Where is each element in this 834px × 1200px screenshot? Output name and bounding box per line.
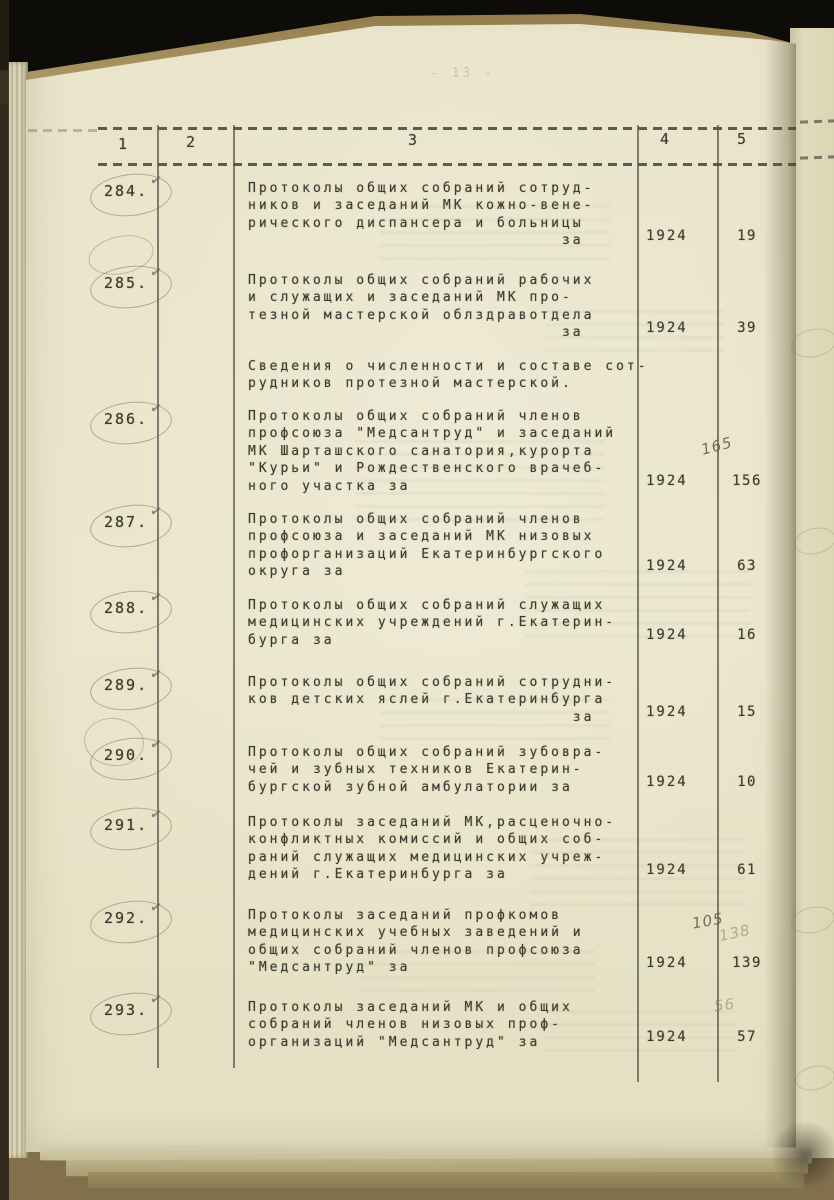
ink-bleedthrough xyxy=(525,560,750,640)
description-line: профсоюза и заседаний МК низовых xyxy=(248,528,605,545)
description-line: чей и зубных техников Екатерин- xyxy=(248,761,605,778)
row-year: 1924 xyxy=(646,473,688,489)
row-number: 285. ✓ xyxy=(104,274,148,292)
page-stack-left-edge xyxy=(8,62,28,1158)
row-year: 1924 xyxy=(646,228,688,244)
column-rule-2-3 xyxy=(233,125,235,1068)
row-year: 1924 xyxy=(646,774,688,790)
row-number: 292. ✓ xyxy=(104,909,148,927)
row-description: Протоколы общих собраний зубовра-чей и з… xyxy=(248,744,605,796)
description-line: Протоколы заседаний профкомов xyxy=(248,907,584,924)
column-header-3: 3 xyxy=(408,131,418,149)
ink-bleedthrough xyxy=(545,300,725,355)
scanned-document-photo: - 13 - 1 2 3 4 5 284. ✓ Протоколы общих … xyxy=(0,0,834,1200)
corner-shadow xyxy=(770,1120,834,1190)
column-header-1: 1 xyxy=(118,135,128,153)
row-number: 286. ✓ xyxy=(104,410,148,428)
column-header-2: 2 xyxy=(186,133,196,151)
ink-bleedthrough xyxy=(530,828,745,908)
page: - 13 - 1 2 3 4 5 284. ✓ Протоколы общих … xyxy=(26,0,796,1152)
pencil-annotation: 165 xyxy=(699,433,734,459)
row-number: 291. ✓ xyxy=(104,816,148,834)
description-line: рудников протезной мастерской. xyxy=(248,375,649,392)
description-line: Протоколы заседаний МК и общих xyxy=(248,999,573,1016)
row-number: 288. ✓ xyxy=(104,599,148,617)
column-header-4: 4 xyxy=(660,130,670,148)
ink-bleedthrough xyxy=(380,195,610,260)
row-number: 287. ✓ xyxy=(104,513,148,531)
row-number: 290. ✓ xyxy=(104,746,148,764)
ink-bleedthrough xyxy=(545,1000,735,1055)
description-line: Протоколы общих собраний рабочих xyxy=(248,272,594,289)
description-line: за xyxy=(248,324,594,341)
table-rule-top-faint xyxy=(28,129,100,132)
row-year: 1924 xyxy=(646,704,688,720)
description-line: бургской зубной амбулатории за xyxy=(248,779,605,796)
row-description: Сведения о численности и составе сот-руд… xyxy=(248,358,649,393)
row-number: 289. ✓ xyxy=(104,676,148,694)
row-description: Протоколы общих собраний рабочихи служащ… xyxy=(248,272,594,342)
row-number: 284. ✓ xyxy=(104,182,148,200)
description-line: тезной мастерской облздравотдела xyxy=(248,307,594,324)
description-line: и служащих и заседаний МК про- xyxy=(248,289,594,306)
left-border-shadow xyxy=(0,0,9,1200)
table-rule-top xyxy=(98,127,796,130)
ink-bleedthrough xyxy=(355,430,605,525)
description-line: Сведения о численности и составе сот- xyxy=(248,358,649,375)
page-stack-edge xyxy=(88,1172,804,1188)
underlying-page-edge xyxy=(790,28,834,1158)
description-line: Протоколы общих собраний членов xyxy=(248,408,616,425)
description-line: организаций "Медсантруд" за xyxy=(248,1034,573,1051)
description-line: собраний членов низовых проф- xyxy=(248,1016,573,1033)
column-header-5: 5 xyxy=(737,130,747,148)
ink-bleedthrough xyxy=(360,940,595,998)
ink-bleedthrough xyxy=(380,688,610,748)
row-year: 1924 xyxy=(646,955,688,971)
page-number: - 13 - xyxy=(430,66,495,81)
page-fold-shadow xyxy=(764,0,796,1152)
row-description: Протоколы заседаний МК и общихсобраний ч… xyxy=(248,999,573,1051)
row-number: 293. ✓ xyxy=(104,1001,148,1019)
table-rule-bottom xyxy=(98,163,796,166)
